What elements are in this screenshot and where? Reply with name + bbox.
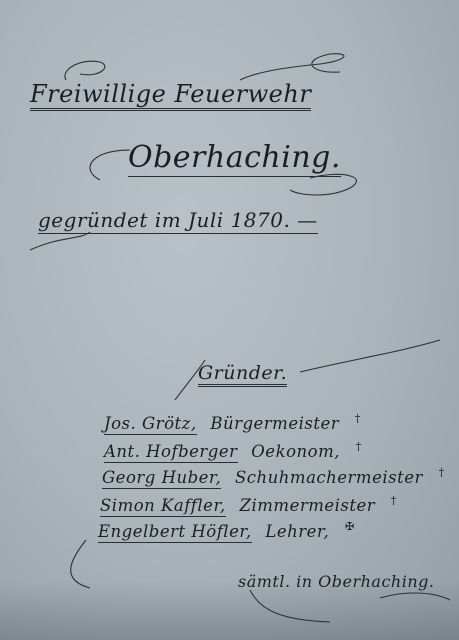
deceased-cross-icon: †	[356, 440, 362, 453]
deceased-cross-icon: †	[391, 494, 397, 507]
founder-role: Zimmermeister	[240, 496, 376, 515]
founder-entry: Ant. Hofberger Oekonom, †	[104, 440, 362, 461]
founder-name: Jos. Grötz,	[104, 414, 197, 435]
deceased-cross-icon: †	[355, 412, 361, 425]
footer-note: sämtl. in Oberhaching.	[238, 572, 434, 591]
founder-role: Schuhmachermeister	[235, 468, 423, 487]
title-freiwillige-feuerwehr: Freiwillige Feuerwehr	[30, 80, 311, 111]
founding-label: gegründet im	[38, 208, 188, 234]
deceased-cross-icon: ✠	[345, 520, 355, 533]
founding-date: Juli 1870. —	[188, 208, 318, 234]
title-oberhaching: Oberhaching.	[128, 140, 341, 177]
founder-role: Oekonom,	[251, 442, 340, 461]
founder-entry: Engelbert Höfler, Lehrer, ✠	[98, 520, 355, 541]
founder-entry: Jos. Grötz, Bürgermeister †	[104, 412, 361, 433]
founder-entry: Simon Kaffler, Zimmermeister †	[100, 494, 397, 515]
founder-name: Ant. Hofberger	[104, 442, 238, 463]
title-founding-date: gegründet im Juli 1870. —	[38, 208, 318, 232]
founders-heading: Gründer.	[198, 362, 287, 387]
founder-name: Georg Huber,	[102, 468, 221, 489]
founder-role: Bürgermeister	[210, 414, 339, 433]
founder-name: Simon Kaffler,	[100, 496, 226, 517]
deceased-cross-icon: †	[439, 466, 445, 479]
founder-entry: Georg Huber, Schuhmachermeister †	[102, 466, 445, 487]
manuscript-page: Freiwillige Feuerwehr Oberhaching. gegrü…	[0, 0, 459, 640]
founder-name: Engelbert Höfler,	[98, 522, 252, 543]
founder-role: Lehrer,	[265, 522, 329, 541]
